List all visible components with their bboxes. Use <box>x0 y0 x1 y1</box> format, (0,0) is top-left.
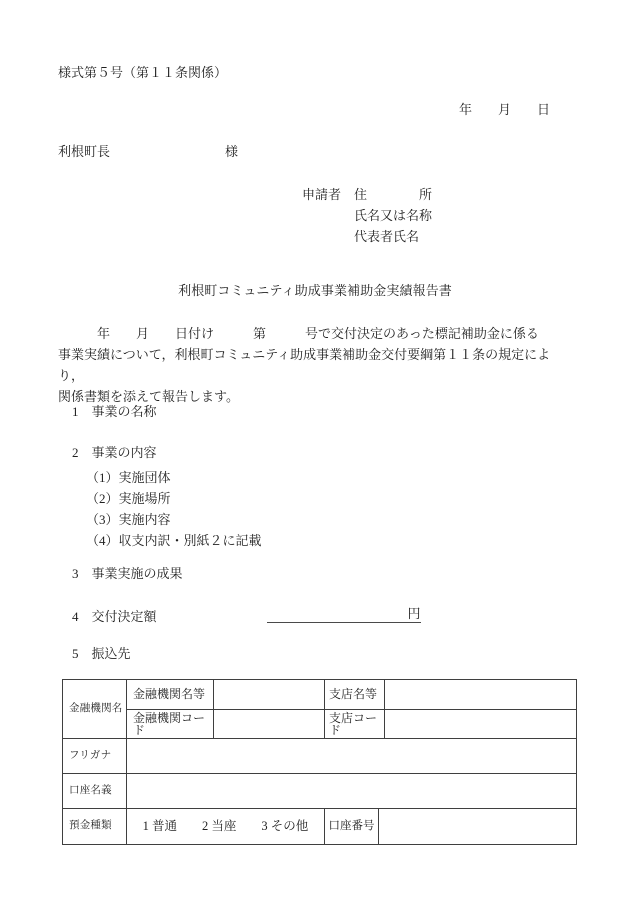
item-label: 事業実施の成果 <box>92 566 183 581</box>
item-project-results: 3事業実施の成果 <box>72 567 183 580</box>
amount-blank-field[interactable]: 円 <box>267 607 421 623</box>
branch-code-value[interactable] <box>385 710 576 739</box>
applicant-address-line: 申請者住 所 <box>302 184 432 205</box>
table-row-account-name: 口座名義 <box>63 774 576 809</box>
applicant-name-label: 氏名又は名称 <box>302 205 432 226</box>
institution-name-label: 金融機関名等 <box>127 680 214 709</box>
deposit-type-options[interactable]: 1 普通 2 当座 3 その他 <box>127 809 325 844</box>
institution-code-row: 金融機関コード 支店コード <box>127 710 576 739</box>
document-title: 利根町コミュニティ助成事業補助金実績報告書 <box>0 284 630 297</box>
account-name-label-cell: 口座名義 <box>63 774 127 808</box>
table-row-furigana: フリガナ <box>63 739 576 774</box>
account-number-value[interactable] <box>379 809 576 844</box>
applicant-block: 申請者住 所 氏名又は名称 代表者氏名 <box>302 184 432 247</box>
date-field: 年 月 日 <box>459 103 550 116</box>
applicant-representative-label: 代表者氏名 <box>302 226 432 247</box>
item-label: 事業の内容 <box>92 445 157 460</box>
institution-code-value[interactable] <box>214 710 325 739</box>
deposit-type-label-cell: 預金種類 <box>63 809 127 844</box>
form-number: 様式第５号（第１１条関係） <box>58 66 227 79</box>
branch-name-value[interactable] <box>385 680 576 709</box>
bank-transfer-table: 金融機関名 金融機関名等 支店名等 金融機関コード 支店コード フリガナ <box>62 679 577 845</box>
institution-name-value[interactable] <box>214 680 325 709</box>
addressee-name: 利根町長 <box>58 144 110 159</box>
item-number: 5 <box>72 647 79 660</box>
subitem-implementation-place: （2）実施場所 <box>86 488 171 509</box>
item-transfer-destination: 5振込先 <box>72 647 131 660</box>
item-number: 2 <box>72 446 79 459</box>
furigana-label-cell: フリガナ <box>63 739 127 773</box>
item-project-name: 1事業の名称 <box>72 405 157 418</box>
institution-code-label: 金融機関コード <box>127 710 214 739</box>
item-number: 1 <box>72 405 79 418</box>
institution-label-cell: 金融機関名 <box>63 680 127 738</box>
applicant-address-label: 住 所 <box>354 187 432 202</box>
branch-code-label: 支店コード <box>325 710 385 739</box>
addressee-honorific: 様 <box>225 145 238 158</box>
addressee-line: 利根町長様 <box>58 145 238 158</box>
subitem-implementation-content: （3）実施内容 <box>86 509 171 530</box>
item-grant-decision-amount: 4交付決定額円 <box>72 607 421 623</box>
subitem-income-expense-breakdown: （4）収支内訳・別紙２に記載 <box>86 530 262 551</box>
table-row-deposit-type: 預金種類 1 普通 2 当座 3 その他 口座番号 <box>63 809 576 844</box>
branch-name-label: 支店名等 <box>325 680 385 709</box>
item-project-content: 2事業の内容 <box>72 446 157 459</box>
account-number-label-cell: 口座番号 <box>325 809 379 844</box>
item-number: 3 <box>72 567 79 580</box>
body-paragraph: 年 月 日付け 第 号で交付決定のあった標記補助金に係る 事業実績について，利根… <box>58 323 574 407</box>
body-line-2: 事業実績について，利根町コミュニティ助成事業補助金交付要綱第１１条の規定により， <box>58 344 574 386</box>
document-page: 様式第５号（第１１条関係） 年 月 日 利根町長様 申請者住 所 氏名又は名称 … <box>0 0 630 903</box>
institution-name-row: 金融機関名等 支店名等 <box>127 680 576 710</box>
item-number: 4 <box>72 610 79 623</box>
item-label: 交付決定額 <box>92 609 157 624</box>
table-row-institution: 金融機関名 金融機関名等 支店名等 金融機関コード 支店コード <box>63 680 576 739</box>
subitem-implementing-body: （1）実施団体 <box>86 467 171 488</box>
body-line-1: 年 月 日付け 第 号で交付決定のあった標記補助金に係る <box>58 323 574 344</box>
item-label: 事業の名称 <box>92 404 157 419</box>
account-name-value[interactable] <box>127 774 576 808</box>
applicant-label: 申請者 <box>302 187 341 202</box>
item-label: 振込先 <box>92 646 131 661</box>
furigana-value[interactable] <box>127 739 576 773</box>
